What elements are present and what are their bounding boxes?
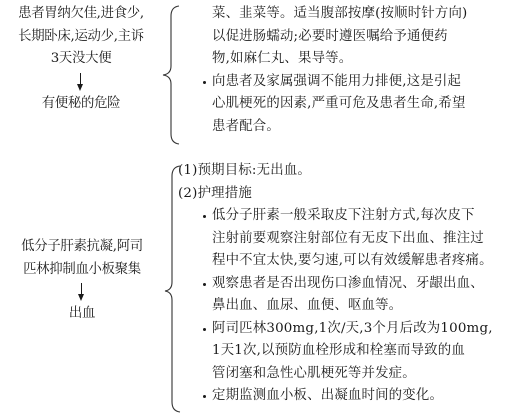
- measure-line: 低分子肝素一般采取皮下注射方式,每次皮下: [212, 205, 528, 228]
- measures-heading: (2)护理措施: [178, 183, 528, 206]
- measure-line: 菜、韭菜等。适当腹部按摩(按顺时针方向): [212, 3, 528, 26]
- measure-bullet: 向患者及家属强调不能用力排便,这是引起 心肌梗死的因素,严重可危及患者生命,希望…: [200, 71, 528, 139]
- risk-label: 出血: [2, 303, 162, 326]
- cause-line: 匹林抑制血小板聚集: [2, 259, 162, 282]
- measure-line: 程中不宜太快,要匀速,可以有效缓解患者疼痛。: [212, 250, 528, 273]
- left-curly-brace-icon: [160, 4, 182, 146]
- constipation-cause-block: 患者胃纳欠佳,进食少, 长期卧床,运动少,主诉 3天没大便 有便秘的危险: [2, 3, 160, 115]
- bleeding-measures-block: (1)预期目标:无出血。 (2)护理措施 低分子肝素一般采取皮下注射方式,每次皮…: [178, 160, 528, 408]
- measure-line: 定期监测血小板、出凝血时间的变化。: [212, 385, 528, 408]
- down-arrow-icon: [76, 281, 88, 303]
- expected-goal: (1)预期目标:无出血。: [178, 160, 528, 183]
- cause-line: 患者胃纳欠佳,进食少,: [2, 3, 160, 26]
- measure-line: 患者配合。: [212, 116, 528, 139]
- measure-line: 以促进肠蠕动;必要时遵医嘱给予通便药: [212, 26, 528, 49]
- cause-line: 长期卧床,运动少,主诉: [2, 26, 160, 49]
- measure-line: 鼻出血、血尿、血便、呕血等。: [212, 295, 528, 318]
- measure-paragraph: 菜、韭菜等。适当腹部按摩(按顺时针方向) 以促进肠蠕动;必要时遵医嘱给予通便药 …: [212, 3, 528, 71]
- risk-label: 有便秘的危险: [2, 93, 160, 116]
- measure-line: 阿司匹林300mg,1次/天,3个月后改为100mg,: [212, 318, 528, 341]
- measure-line: 1天1次,以预防血栓形成和栓塞而导致的血: [212, 340, 528, 363]
- cause-line: 低分子肝素抗凝,阿司: [2, 236, 162, 259]
- measure-bullet: 阿司匹林300mg,1次/天,3个月后改为100mg, 1天1次,以预防血栓形成…: [200, 318, 528, 386]
- measure-bullet: 定期监测血小板、出凝血时间的变化。: [200, 385, 528, 408]
- cause-line: 3天没大便: [2, 48, 160, 71]
- measure-bullet: 观察患者是否出现伤口渗血情况、牙龈出血、 鼻出血、血尿、血便、呕血等。: [200, 273, 528, 318]
- measure-line: 向患者及家属强调不能用力排便,这是引起: [212, 71, 528, 94]
- measure-line: 心肌梗死的因素,严重可危及患者生命,希望: [212, 93, 528, 116]
- down-arrow-icon: [75, 71, 87, 93]
- measure-bullet: 低分子肝素一般采取皮下注射方式,每次皮下 注射前要观察注射部位有无皮下出血、推注…: [200, 205, 528, 273]
- measure-line: 观察患者是否出现伤口渗血情况、牙龈出血、: [212, 273, 528, 296]
- bleeding-cause-block: 低分子肝素抗凝,阿司 匹林抑制血小板聚集 出血: [2, 236, 162, 326]
- measure-line: 管闭塞和急性心肌梗死等并发症。: [212, 363, 528, 386]
- measure-line: 注射前要观察注射部位有无皮下出血、推注过: [212, 228, 528, 251]
- constipation-measures-block: 菜、韭菜等。适当腹部按摩(按顺时针方向) 以促进肠蠕动;必要时遵医嘱给予通便药 …: [212, 3, 528, 138]
- measure-line: 物,如麻仁丸、果导等。: [212, 48, 528, 71]
